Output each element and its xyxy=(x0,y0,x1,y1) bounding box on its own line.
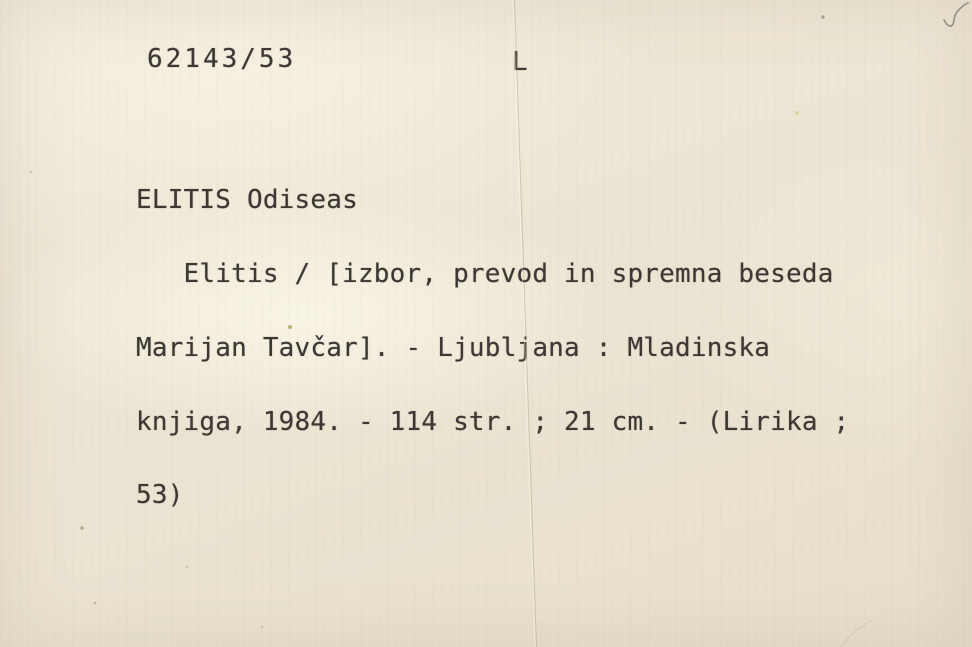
entry-title-line: Elitis / [izbor, prevod in spremna besed… xyxy=(136,262,849,287)
entry-heading-line: ELITIS Odiseas xyxy=(136,188,849,213)
paper-speck xyxy=(821,15,824,18)
catalog-card: 62143/53 L ELITIS Odiseas Elitis / [izbo… xyxy=(0,0,972,647)
entry-series-no-line: 53) xyxy=(136,483,849,508)
paper-speck xyxy=(80,526,84,530)
paper-speck xyxy=(186,566,189,569)
shelf-letter: L xyxy=(512,47,528,77)
entry-publisher-line: Marijan Tavčar]. - Ljubljana : Mladinska xyxy=(136,336,849,361)
call-number: 62143/53 xyxy=(147,44,296,74)
paper-speck xyxy=(795,111,799,115)
paper-scratch xyxy=(838,620,872,647)
paper-speck xyxy=(94,602,97,605)
pencil-checkmark-icon xyxy=(944,3,968,26)
bibliographic-entry: ELITIS Odiseas Elitis / [izbor, prevod i… xyxy=(136,139,849,557)
paper-speck xyxy=(261,626,264,629)
scanned-catalog-card-image: 62143/53 L ELITIS Odiseas Elitis / [izbo… xyxy=(0,0,972,647)
paper-speck xyxy=(30,171,33,174)
entry-collation-line: knjiga, 1984. - 114 str. ; 21 cm. - (Lir… xyxy=(136,410,849,435)
